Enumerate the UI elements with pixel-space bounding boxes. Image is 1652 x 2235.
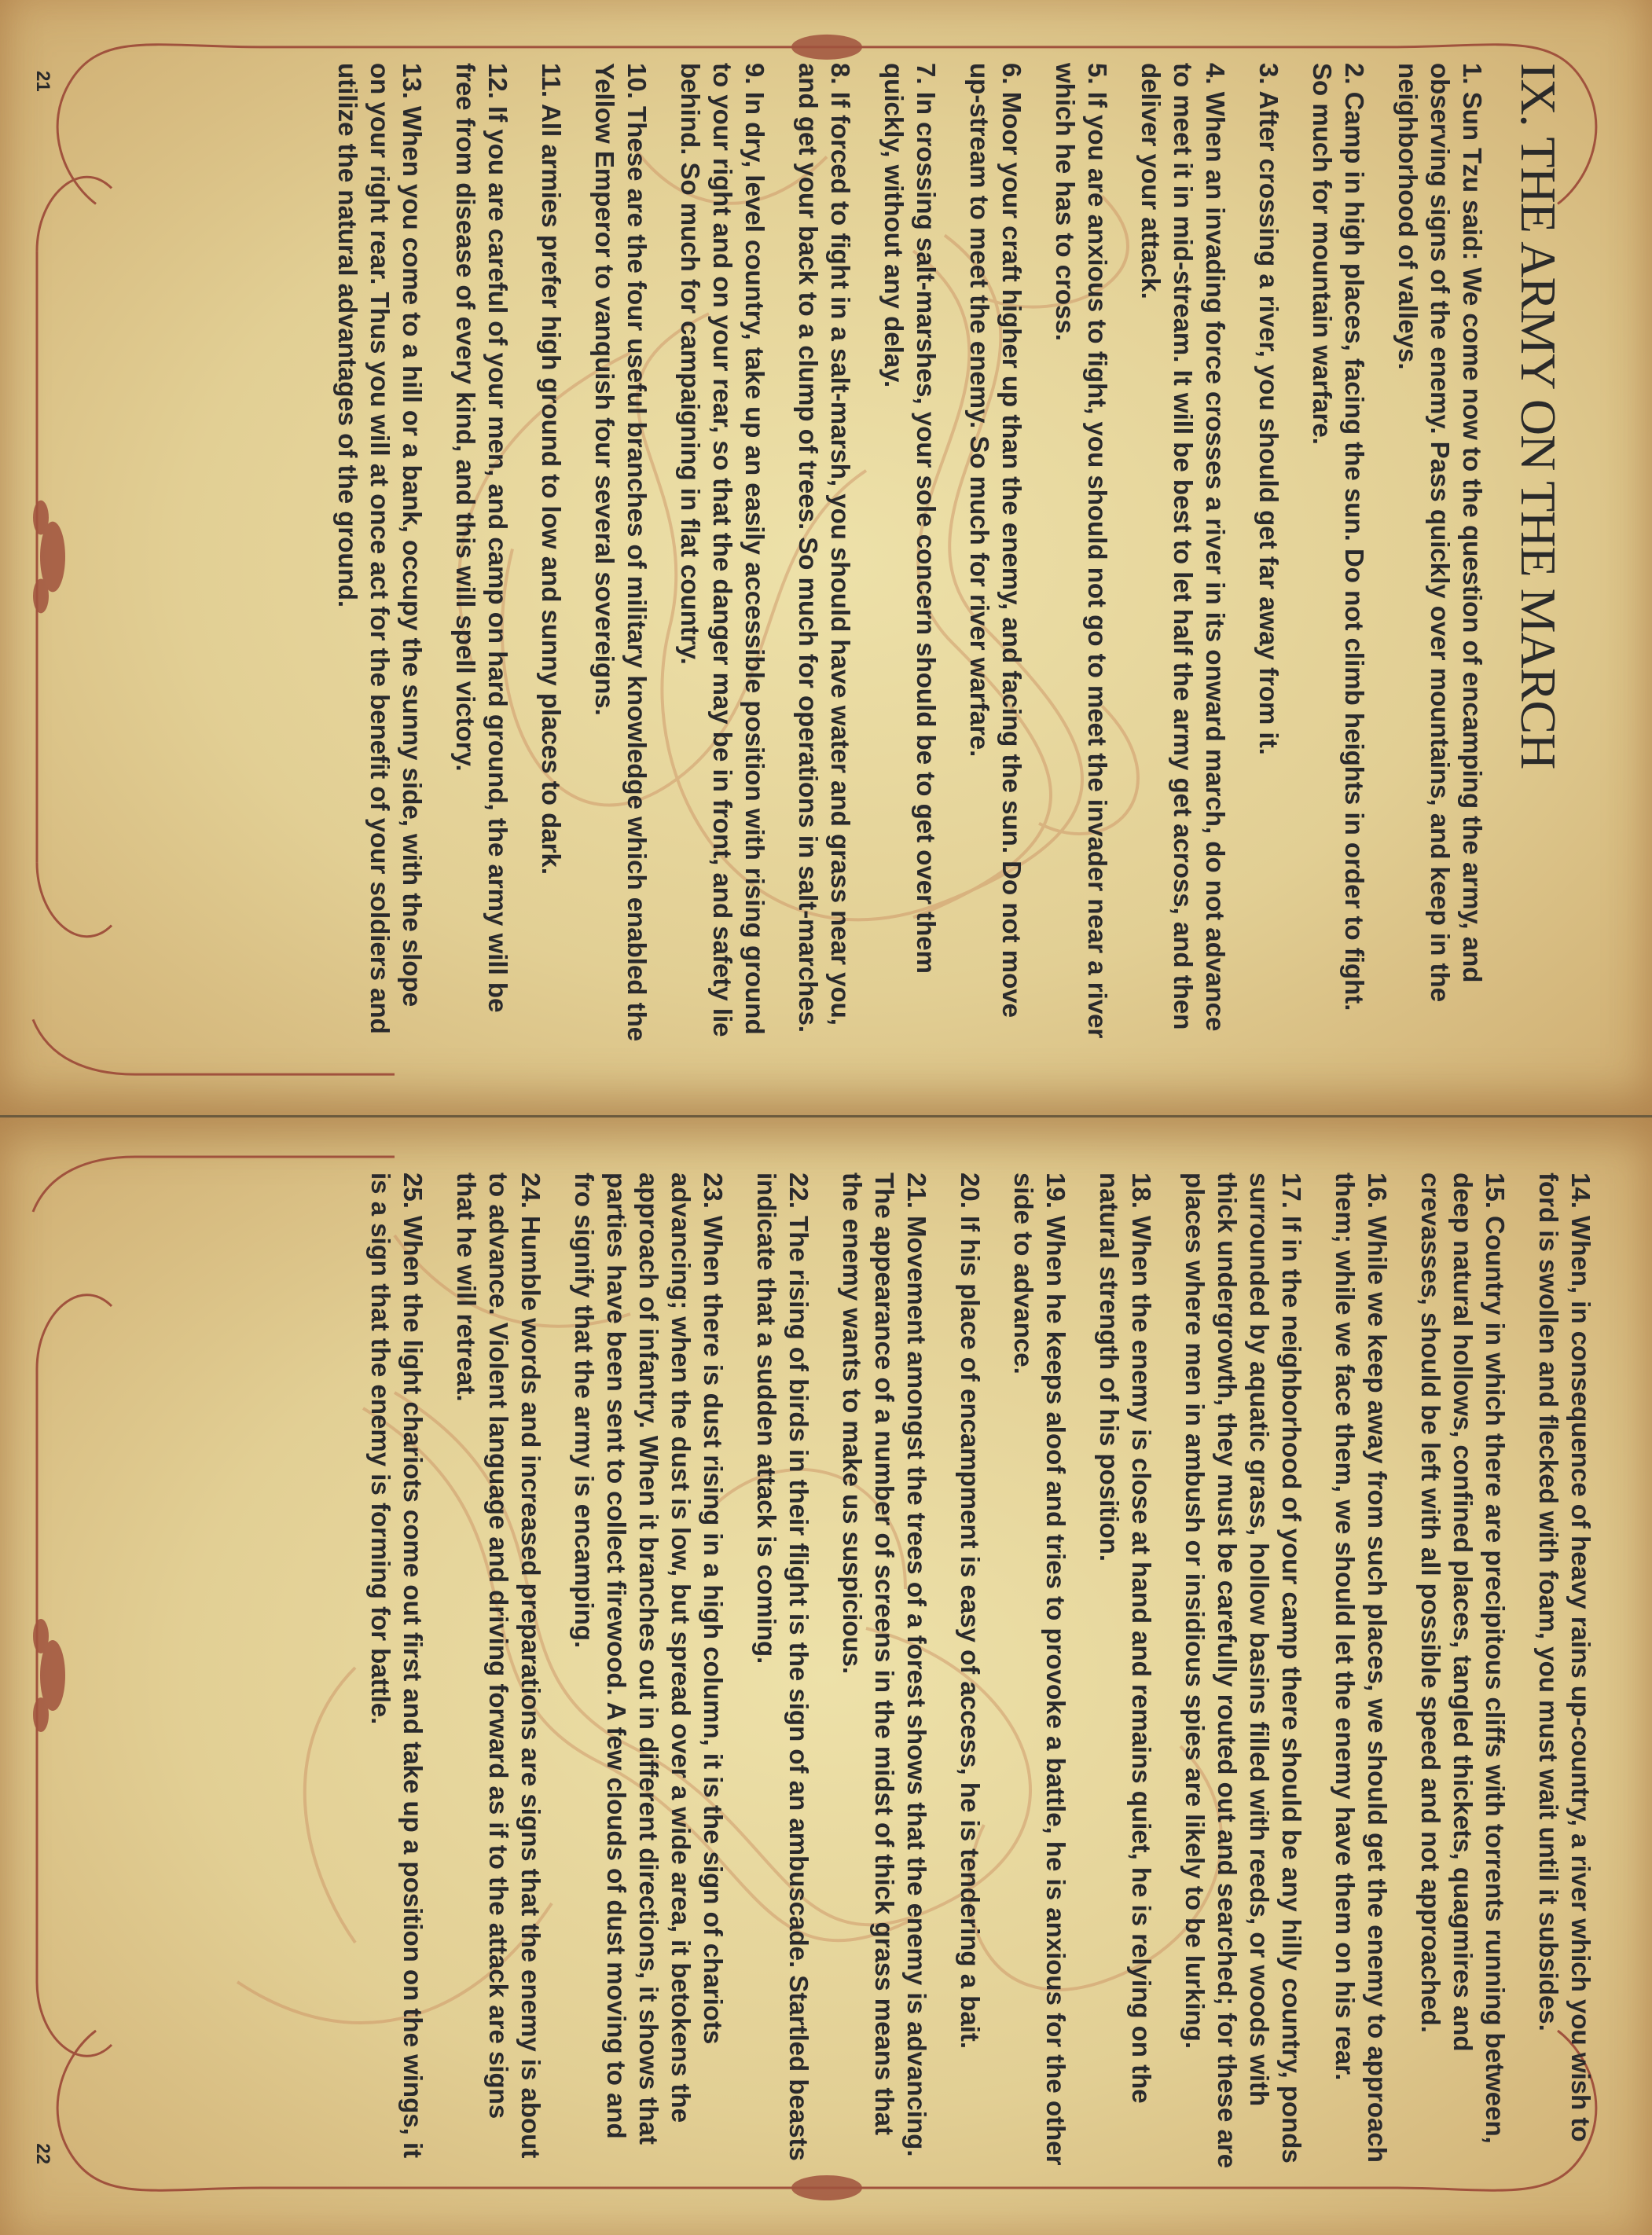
paragraph: 11. All armies prefer high ground to low… [535,63,567,1044]
chapter-title: IX. THE ARMY ON THE MARCH [1511,63,1566,1044]
paragraph: 19. When he keeps aloof and tries to pro… [1008,1173,1072,2172]
paragraph: 18. When the enemy is close at hand and … [1093,1173,1158,2172]
paragraph: 20. If his place of encampment is easy o… [954,1173,986,2172]
paragraph: 1. Sun Tzu said: We come now to the ques… [1392,63,1489,1044]
paragraph: 13. When you come to a hill or a bank, o… [332,63,428,1044]
paragraph: 15. Country in which there are precipito… [1415,1173,1511,2172]
paragraph: 22. The rising of birds in their flight … [751,1173,815,2172]
paragraph: 10. These are the four useful branches o… [589,63,653,1044]
paragraph: 5. If you are anxious to fight, you shou… [1049,63,1114,1044]
paragraph: 23. When there is dust rising in a high … [568,1173,729,2172]
paragraph: 6. Moor your craft higher up than the en… [964,63,1028,1044]
page-left: IX. THE ARMY ON THE MARCH 1. Sun Tzu sai… [0,0,1652,1117]
paragraph: 7. In crossing salt-marshes, your sole c… [878,63,942,1044]
paragraph: 8. If forced to fight in a salt-marsh, y… [792,63,857,1044]
book-spread: IX. THE ARMY ON THE MARCH 1. Sun Tzu sai… [0,0,1652,2235]
paragraph: 25. When the light chariots come out fir… [365,1173,429,2172]
paragraph: 24. Humble words and increased preparati… [450,1173,547,2172]
page-number: 22 [31,2143,53,2164]
paragraph: 21. Movement amongst the trees of a fore… [836,1173,933,2172]
paragraph: 14. When, in consequence of heavy rains … [1533,1173,1597,2172]
paragraph: 17. If in the neighborhood of your camp … [1179,1173,1308,2172]
page-right: 14. When, in consequence of heavy rains … [0,1117,1652,2235]
paragraph: 16. While we keep away from such places,… [1329,1173,1393,2172]
page-number: 21 [31,71,53,92]
paragraph: 4. When an invading force crosses a rive… [1135,63,1232,1044]
page-text: IX. THE ARMY ON THE MARCH 1. Sun Tzu sai… [94,63,1566,1044]
paragraph: 12. If you are careful of your men, and … [450,63,514,1044]
paragraph: 3. After crossing a river, you should ge… [1253,63,1285,1044]
paragraph: 2. Camp in high places, facing the sun. … [1306,63,1371,1044]
paragraph: 9. In dry, level country, take up an eas… [674,63,771,1044]
page-text: 14. When, in consequence of heavy rains … [94,1173,1597,2172]
